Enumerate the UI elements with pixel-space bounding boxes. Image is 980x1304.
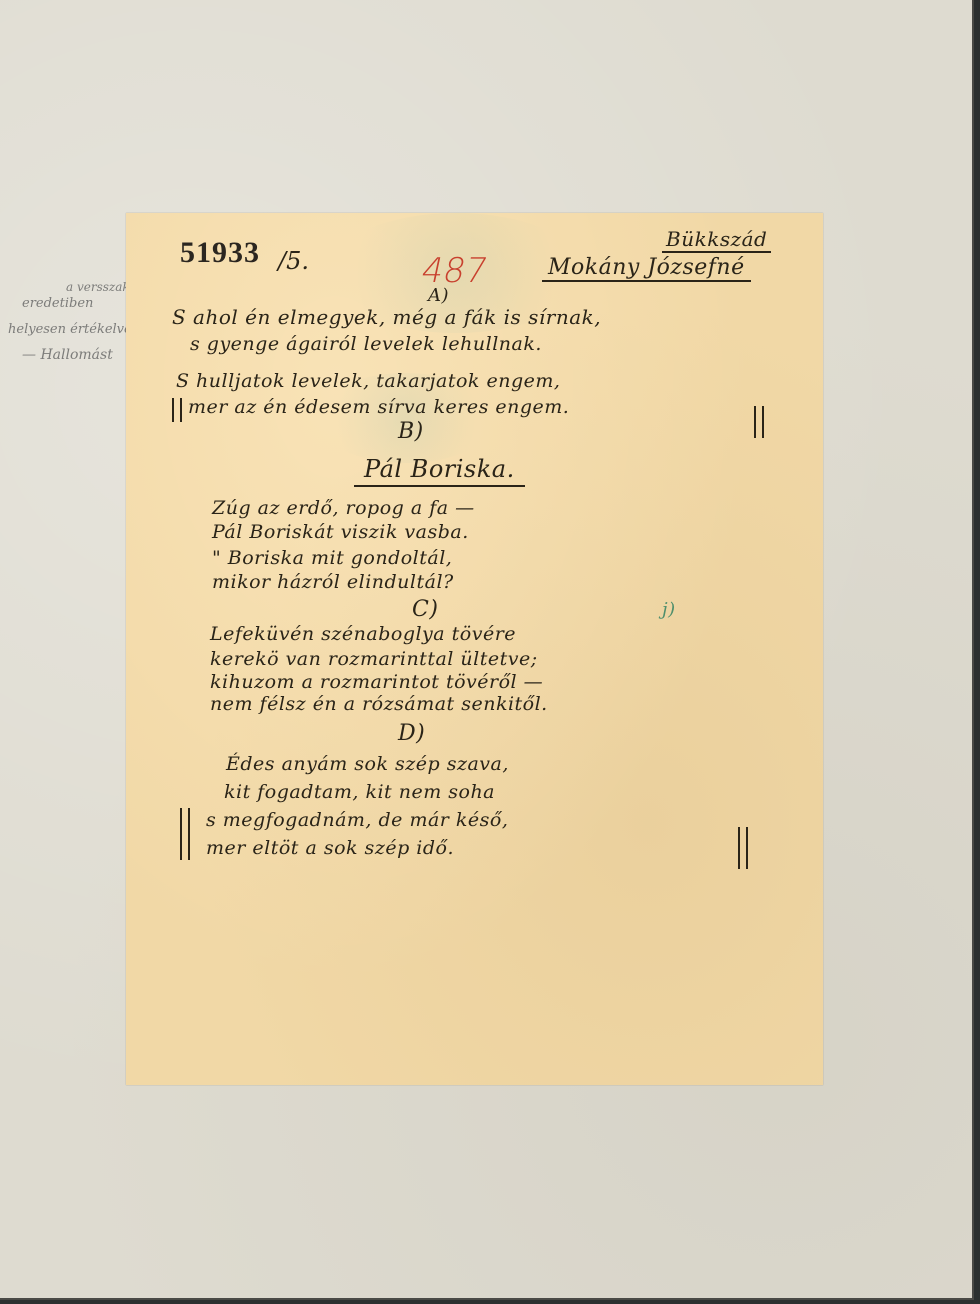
margin-note-line-4: — Hallomást — [22, 347, 113, 363]
inventory-number: 51933 — [180, 236, 260, 270]
section-a-line-2: s gyenge ágairól levelek lehullnak. — [190, 333, 542, 355]
section-b-line-1: Zúg az erdő, ropog a fa — — [212, 497, 475, 519]
section-d-line-3: s megfogadnám, de már késő, — [206, 809, 508, 831]
section-b-line-3: " Boriska mit gondoltál, — [212, 547, 452, 569]
section-c-annotation: j) — [662, 599, 676, 620]
section-c-line-2: kerekö van rozmarinttal ültetve; — [210, 648, 538, 670]
section-c-label: C) — [412, 597, 438, 622]
repeat-close-mark — [738, 827, 748, 869]
section-a-line-1: S ahol én elmegyek, még a fák is sírnak, — [172, 305, 601, 329]
section-a-line-3: S hulljatok levelek, takarjatok engem, — [176, 370, 560, 392]
repeat-close-mark — [754, 406, 764, 438]
margin-note-line-2: eredetiben — [22, 296, 93, 311]
manuscript-sheet: 51933 /5. 487 Bükkszád Mokány Józsefné A… — [126, 213, 823, 1085]
section-b-title: Pál Boriska. — [354, 455, 525, 487]
repeat-open-mark — [172, 398, 182, 422]
informant-name: Mokány Józsefné — [542, 255, 751, 282]
section-b-label: B) — [398, 419, 424, 444]
inventory-suffix: /5. — [278, 247, 309, 275]
section-d-line-2: kit fogadtam, kit nem soha — [224, 781, 495, 803]
section-c-line-1: Lefeküvén szénaboglya tövére — [210, 623, 516, 645]
margin-note-line-3: helyesen értékelve — [8, 322, 132, 337]
section-d-label: D) — [398, 721, 425, 746]
section-d-line-1: Édes anyám sok szép szava, — [226, 753, 509, 775]
repeat-open-mark — [180, 808, 190, 860]
section-a-line-4: mer az én édesem sírva keres engem. — [188, 396, 569, 418]
section-c-line-3: kihuzom a rozmarintot tövéről — — [210, 671, 543, 693]
section-c-line-4: nem félsz én a rózsámat senkitől. — [210, 693, 548, 715]
section-b-line-2: Pál Boriskát viszik vasba. — [212, 521, 469, 543]
section-a-label: A) — [428, 285, 449, 306]
section-b-line-4: mikor házról elindultál? — [212, 571, 454, 593]
section-d-line-4: mer eltöt a sok szép idő. — [206, 837, 454, 859]
place-name: Bükkszád — [662, 227, 771, 253]
mounting-card: a versszakok eredetiben helyesen értékel… — [0, 0, 974, 1300]
